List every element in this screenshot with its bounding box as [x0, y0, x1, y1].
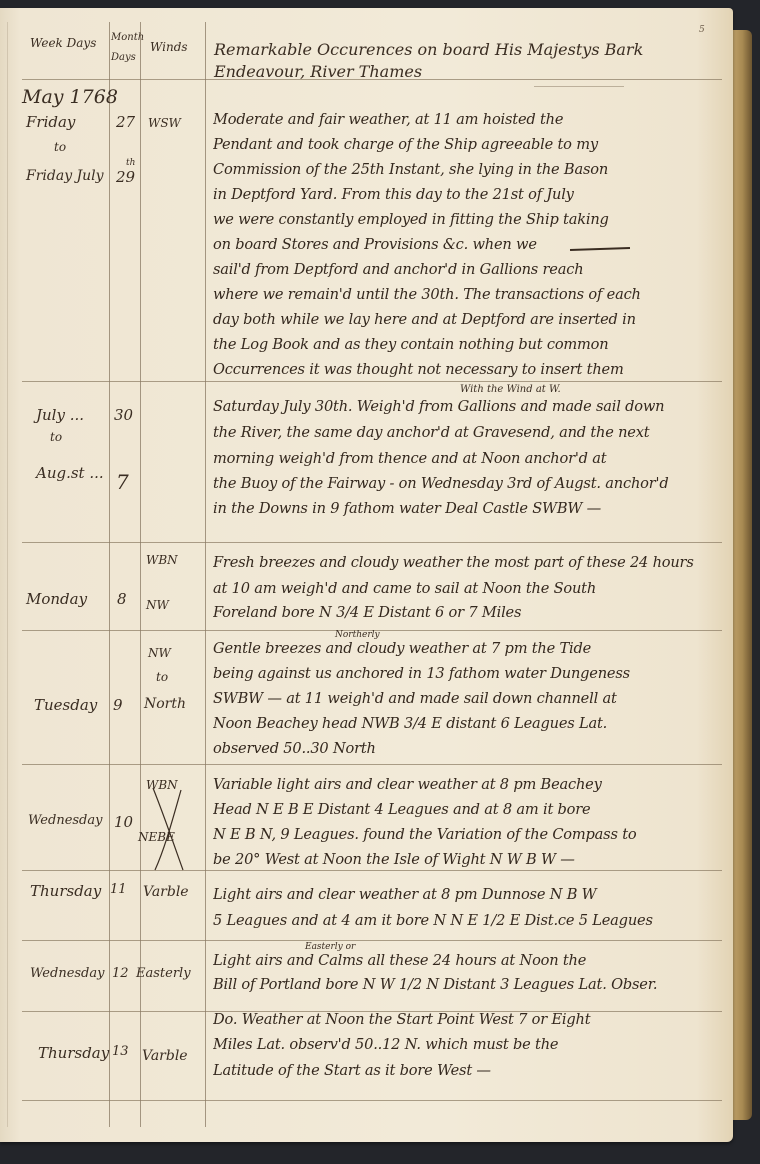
remark-line: the River, the same day anchor'd at Grav… — [213, 424, 723, 441]
year-heading: May 1768 — [22, 86, 118, 108]
entry-weekday-to: to — [50, 430, 62, 444]
remark-line: 5 Leagues and at 4 am it bore N N E 1/2 … — [213, 912, 723, 929]
entry-monthday: 8 — [117, 590, 127, 608]
remark-line: Moderate and fair weather, at 11 am hois… — [213, 111, 723, 128]
remark-line: N E B N, 9 Leagues. found the Variation … — [213, 826, 723, 843]
remark-line: observed 50..30 North — [213, 740, 723, 757]
remark-line: at 10 am weigh'd and came to sail at Noo… — [213, 580, 723, 597]
entry-wind-bottom: NW — [146, 598, 169, 612]
entry-monthday-end: 7 — [116, 470, 129, 494]
remark-line: being against us anchored in 13 fathom w… — [213, 665, 723, 682]
column-rule-weekday — [109, 22, 110, 1127]
entry-divider — [22, 381, 722, 382]
entry-wind-top: WBN — [146, 553, 178, 567]
column-rule-monthday — [140, 22, 141, 1127]
header-month-days: Month Days — [111, 28, 141, 68]
remark-line: Light airs and Calms all these 24 hours … — [213, 952, 723, 969]
entry-wind-top: NW — [148, 646, 171, 660]
entry-divider — [22, 764, 722, 765]
remark-line: where we remain'd until the 30th. The tr… — [213, 286, 723, 303]
entry-weekday: Thursday — [30, 882, 101, 900]
entry-weekday-end: Aug.st ... — [36, 464, 104, 482]
remark-line: Head N E B E Distant 4 Leagues and at 8 … — [213, 801, 723, 818]
left-margin-rule — [7, 22, 8, 1127]
remark-line: Bill of Portland bore N W 1/2 N Distant … — [213, 976, 723, 993]
entry-wind-mid: to — [156, 670, 168, 684]
entry-monthday: 9 — [113, 696, 123, 714]
interlinear-note: With the Wind at W. — [460, 384, 561, 395]
header-underline-flourish — [534, 86, 624, 87]
entry-monthday: 11 — [110, 882, 127, 897]
remark-line: in the Downs in 9 fathom water Deal Cast… — [213, 500, 723, 517]
header-remarks-subtitle: Endeavour, River Thames — [214, 62, 422, 81]
page-number: 5 — [699, 25, 705, 35]
entry-monthday: 30 — [114, 406, 133, 424]
entry-weekday: Monday — [26, 590, 87, 608]
remark-line: Variable light airs and clear weather at… — [213, 776, 723, 793]
entry-divider — [22, 870, 722, 871]
remark-line: Foreland bore N 3/4 E Distant 6 or 7 Mil… — [213, 604, 723, 621]
entry-wind: Easterly — [136, 966, 191, 981]
remark-line: Saturday July 30th. Weigh'd from Gallion… — [213, 398, 723, 415]
remark-line: SWBW — at 11 weigh'd and made sail down … — [213, 690, 723, 707]
entry-weekday: Thursday — [38, 1044, 109, 1062]
header-week-days: Week Days — [30, 36, 96, 50]
interlinear-note: Easterly or — [305, 942, 355, 952]
entry-weekday: Wednesday — [30, 966, 104, 981]
entry-wind: WSW — [148, 116, 181, 130]
entry-monthday: 27 — [116, 113, 135, 131]
remark-line: in Deptford Yard. From this day to the 2… — [213, 186, 723, 203]
entry-wind-bottom: North — [144, 696, 186, 712]
remark-line: on board Stores and Provisions &c. when … — [213, 236, 723, 253]
entry-divider — [22, 940, 722, 941]
crossed-out-wind-mark — [145, 778, 195, 873]
entry-monthday: 13 — [112, 1044, 129, 1059]
remark-line: the Log Book and as they contain nothing… — [213, 336, 723, 353]
column-rule-wind — [205, 22, 206, 1127]
entry-weekday: Wednesday — [28, 813, 102, 828]
entry-divider — [22, 1100, 722, 1101]
entry-weekday-to: to — [54, 140, 66, 154]
entry-monthday: 10 — [114, 813, 133, 831]
remark-line: Latitude of the Start as it bore West — — [213, 1062, 723, 1079]
entry-divider — [22, 542, 722, 543]
entry-weekday: July ... — [36, 406, 84, 424]
entry-monthday-sup: th — [126, 158, 135, 168]
remark-line: Occurrences it was thought not necessary… — [213, 361, 723, 378]
remark-line: sail'd from Deptford and anchor'd in Gal… — [213, 261, 723, 278]
remark-line: Commission of the 25th Instant, she lyin… — [213, 161, 723, 178]
entry-weekday: Tuesday — [34, 696, 97, 714]
entry-weekday: Friday — [26, 113, 75, 131]
entry-wind: Varble — [143, 884, 189, 900]
entry-monthday: 12 — [112, 966, 129, 981]
entry-monthday-end: 29 — [116, 168, 135, 186]
remark-line: Do. Weather at Noon the Start Point West… — [213, 1011, 723, 1028]
remark-line: Fresh breezes and cloudy weather the mos… — [213, 554, 723, 571]
remark-line: Gentle breezes and cloudy weather at 7 p… — [213, 640, 723, 657]
remark-line: morning weigh'd from thence and at Noon … — [213, 450, 723, 467]
remark-line: Light airs and clear weather at 8 pm Dun… — [213, 886, 723, 903]
remark-line: Pendant and took charge of the Ship agre… — [213, 136, 723, 153]
remark-line: we were constantly employed in fitting t… — [213, 211, 723, 228]
header-remarks-title: Remarkable Occurences on board His Majes… — [214, 40, 643, 59]
entry-weekday-end: Friday July — [26, 168, 104, 184]
remark-line: Miles Lat. observ'd 50..12 N. which must… — [213, 1036, 723, 1053]
remark-line: Noon Beachey head NWB 3/4 E distant 6 Le… — [213, 715, 723, 732]
remark-line: day both while we lay here and at Deptfo… — [213, 311, 723, 328]
entry-wind: Varble — [142, 1048, 188, 1064]
remark-line: be 20° West at Noon the Isle of Wight N … — [213, 851, 723, 868]
logbook-page: 5 Week Days Month Days Winds Remarkable … — [0, 8, 733, 1142]
header-winds: Winds — [150, 40, 188, 54]
remark-line: the Buoy of the Fairway - on Wednesday 3… — [213, 475, 723, 492]
interlinear-note: Northerly — [335, 630, 380, 640]
